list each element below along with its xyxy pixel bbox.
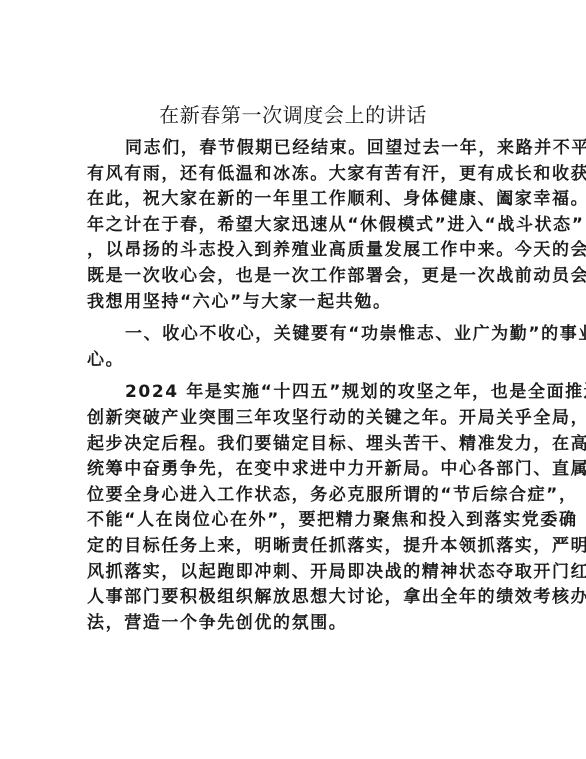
- text-line: 创新突破产业突围三年攻坚行动的关键之年。开局关乎全局，: [87, 406, 505, 432]
- document-page: 在新春第一次调度会上的讲话 同志们，春节假期已经结束。回望过去一年，来路并不平坦…: [0, 0, 586, 759]
- paragraph-greeting: 同志们，春节假期已经结束。回望过去一年，来路并不平坦， 有风有雨，还有低温和冰冻…: [87, 136, 505, 315]
- paragraph-body: 2024 年是实施“十四五”规划的攻坚之年，也是全面推进 创新突破产业突围三年攻…: [87, 380, 505, 636]
- text-line: 人事部门要积极组织解放思想大讨论，拿出全年的绩效考核办: [87, 585, 505, 611]
- text-line: 年之计在于春，希望大家迅速从“休假模式”进入“战斗状态”: [87, 213, 505, 239]
- paragraph-section-heading: 一、收心不收心，关键要有“功崇惟志、业广为勤”的事业 心。: [87, 322, 505, 373]
- text-line: 2024 年是实施“十四五”规划的攻坚之年，也是全面推进: [87, 380, 505, 406]
- document-body: 同志们，春节假期已经结束。回望过去一年，来路并不平坦， 有风有雨，还有低温和冰冻…: [87, 136, 505, 643]
- document-title: 在新春第一次调度会上的讲话: [0, 101, 586, 129]
- text-line: 风抓落实，以起跑即冲刺、开局即决战的精神状态夺取开门红。: [87, 560, 505, 586]
- text-line: 同志们，春节假期已经结束。回望过去一年，来路并不平坦，: [87, 136, 505, 162]
- text-line: 既是一次收心会，也是一次工作部署会，更是一次战前动员会。: [87, 264, 505, 290]
- text-line: 起步决定后程。我们要锚定目标、埋头苦干、精准发力，在高效: [87, 432, 505, 458]
- text-line: 定的目标任务上来，明晰责任抓落实，提升本领抓落实，严明作: [87, 534, 505, 560]
- text-line: 统筹中奋勇争先，在变中求进中力开新局。中心各部门、直属单: [87, 457, 505, 483]
- text-line: 在此，祝大家在新的一年里工作顺利、身体健康、阖家幸福。一: [87, 187, 505, 213]
- text-line: ，以昂扬的斗志投入到养殖业高质量发展工作中来。今天的会: [87, 238, 505, 264]
- text-line: 法，营造一个争先创优的氛围。: [87, 611, 505, 637]
- text-line: 不能“人在岗位心在外”，要把精力聚焦和投入到落实党委确: [87, 508, 505, 534]
- text-line: 有风有雨，还有低温和冰冻。大家有苦有汗，更有成长和收获。: [87, 162, 505, 188]
- text-line: 心。: [87, 348, 505, 374]
- text-line: 一、收心不收心，关键要有“功崇惟志、业广为勤”的事业: [87, 322, 505, 348]
- text-line: 位要全身心进入工作状态，务必克服所谓的“节后综合症”，: [87, 483, 505, 509]
- text-line: 我想用坚持“六心”与大家一起共勉。: [87, 290, 505, 316]
